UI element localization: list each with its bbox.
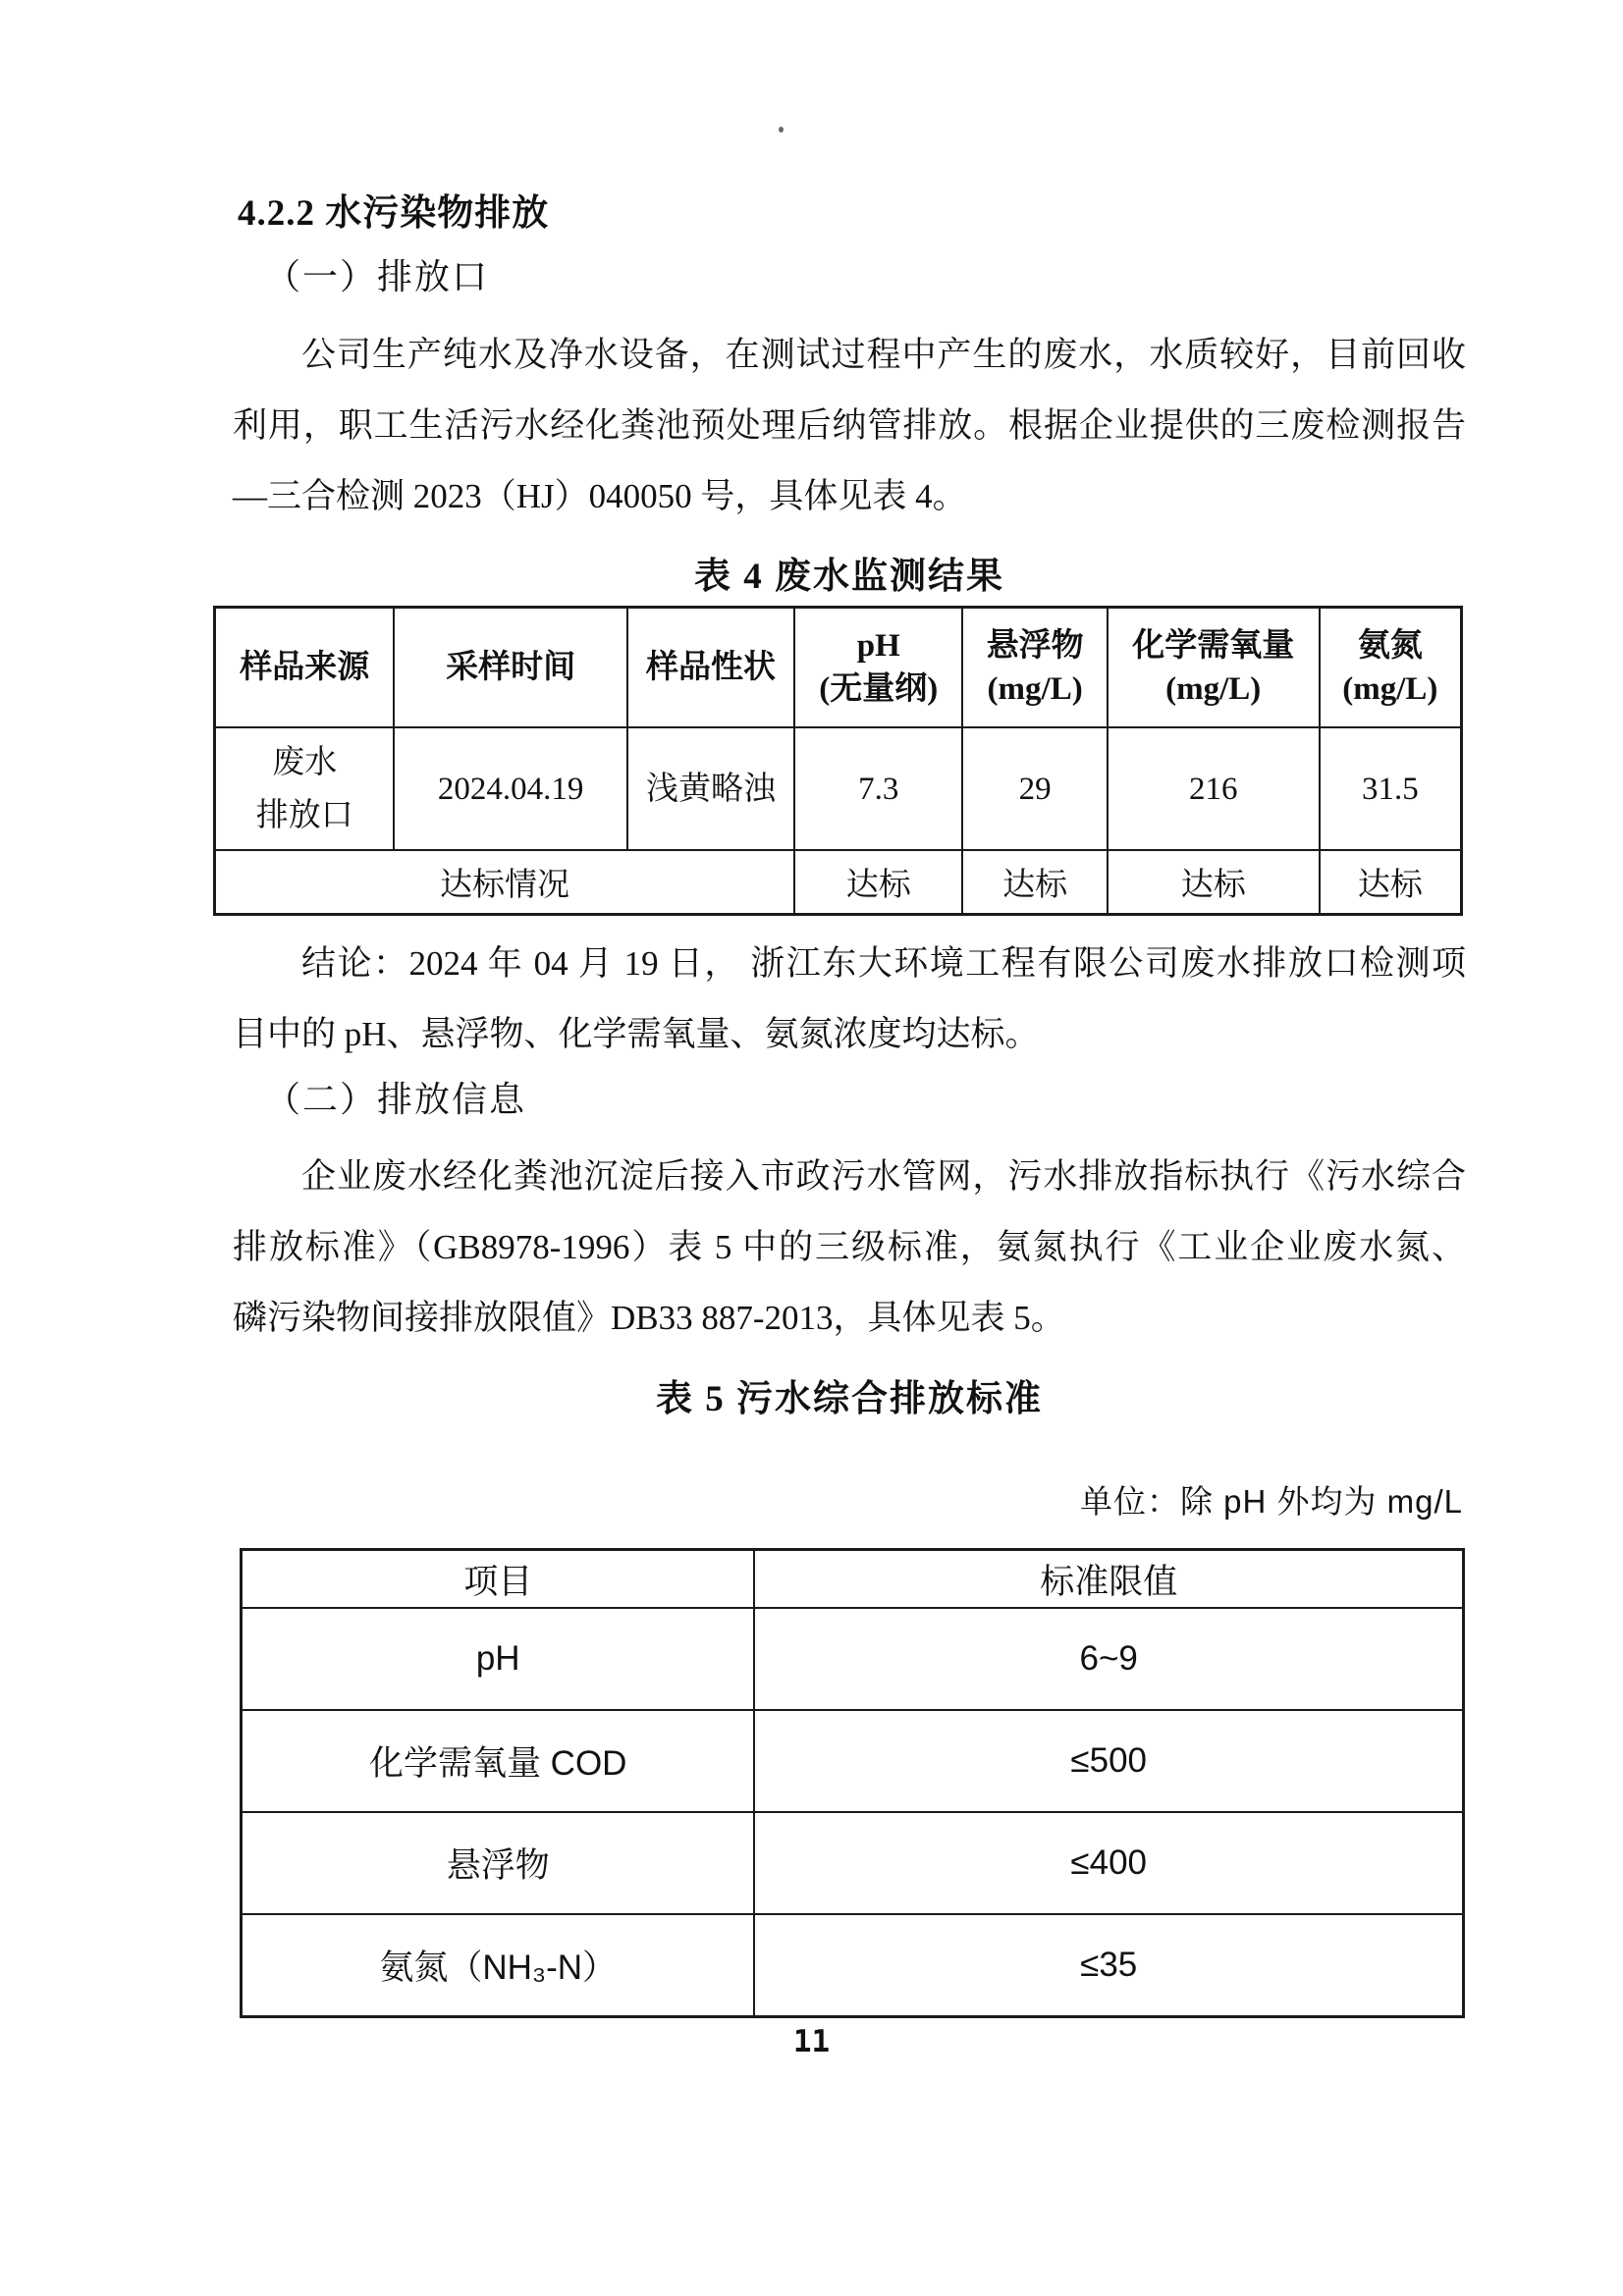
table4-header-sample-source: 样品来源 (215, 608, 395, 728)
table4-header-row: 样品来源 采样时间 样品性状 pH(无量纲) 悬浮物(mg/L) 化学需氧量(m… (215, 608, 1462, 728)
section-heading: 4.2.2 水污染物排放 (238, 183, 549, 236)
table4-header-sampling-time: 采样时间 (394, 608, 626, 728)
header-unit: (无量纲) (795, 667, 961, 711)
table4-cell-compliance-cod: 达标 (1108, 850, 1320, 915)
table4-cell-suspended-solids: 29 (962, 727, 1107, 850)
table4-cell-sampling-time: 2024.04.19 (394, 727, 626, 850)
paragraph-line: —三合检测 2023（HJ）040050 号，具体见表 4。 (233, 461, 1466, 532)
table4-cell-compliance-label: 达标情况 (215, 850, 795, 915)
table4-data-row: 废水排放口 2024.04.19 浅黄略浊 7.3 29 216 31.5 (215, 727, 1462, 850)
cell-line: 排放口 (216, 789, 393, 842)
table5-row-cod: 化学需氧量 COD ≤500 (242, 1710, 1464, 1812)
table4-header-appearance: 样品性状 (627, 608, 794, 728)
table5-discharge-standard: 项目 标准限值 pH 6~9 化学需氧量 COD ≤500 悬浮物 ≤400 氨… (240, 1548, 1465, 2018)
page-number: 11 (0, 2024, 1623, 2059)
header-label: pH (795, 624, 961, 667)
table4-cell-sample-source: 废水排放口 (215, 727, 395, 850)
table5-cell-limit: ≤400 (754, 1812, 1463, 1914)
table5-unit-note: 单位：除 pH 外均为 mg/L (233, 1476, 1463, 1522)
table4-cell-ph: 7.3 (794, 727, 962, 850)
table5-cell-item: 悬浮物 (242, 1812, 755, 1914)
table4-cell-ammonia: 31.5 (1320, 727, 1462, 850)
header-unit: (mg/L) (1109, 667, 1319, 711)
subsection-label-discharge-info: （二）排放信息 (265, 1072, 526, 1122)
table4-cell-appearance: 浅黄略浊 (627, 727, 794, 850)
table5-header-item: 项目 (242, 1550, 755, 1609)
table5-row-ammonia: 氨氮（NH₃-N） ≤35 (242, 1914, 1464, 2017)
paragraph-line: 目中的 pH、悬浮物、化学需氧量、氨氮浓度均达标。 (233, 999, 1466, 1070)
paragraph-line: 公司生产纯水及净水设备，在测试过程中产生的废水，水质较好，目前回收 (233, 320, 1466, 391)
paragraph-line: 排放标准》（GB8978-1996）表 5 中的三级标准，氨氮执行《工业企业废水… (233, 1212, 1466, 1283)
table5-row-suspended-solids: 悬浮物 ≤400 (242, 1812, 1464, 1914)
table5-cell-limit: ≤500 (754, 1710, 1463, 1812)
header-label: 采样时间 (395, 646, 625, 689)
table5-cell-item: 化学需氧量 COD (242, 1710, 755, 1812)
table5-header-row: 项目 标准限值 (242, 1550, 1464, 1609)
header-label: 化学需氧量 (1109, 624, 1319, 667)
table5-title: 表 5 污水综合排放标准 (233, 1368, 1466, 1421)
table4-cell-compliance-ammonia: 达标 (1320, 850, 1462, 915)
table4-cell-cod: 216 (1108, 727, 1320, 850)
subsection-label-outlet: （一）排放口 (265, 249, 489, 299)
table5-cell-item: 氨氮（NH₃-N） (242, 1914, 755, 2017)
header-label: 样品来源 (216, 646, 393, 689)
table4-cell-compliance-suspended-solids: 达标 (962, 850, 1107, 915)
table5-row-ph: pH 6~9 (242, 1608, 1464, 1710)
table4-cell-compliance-ph: 达标 (794, 850, 962, 915)
table4-wastewater-monitoring: 样品来源 采样时间 样品性状 pH(无量纲) 悬浮物(mg/L) 化学需氧量(m… (213, 606, 1463, 916)
table4-header-suspended-solids: 悬浮物(mg/L) (962, 608, 1107, 728)
header-unit: (mg/L) (1321, 667, 1460, 711)
table4-title: 表 4 废水监测结果 (233, 546, 1466, 599)
table5-cell-limit: ≤35 (754, 1914, 1463, 2017)
header-label: 氨氮 (1321, 624, 1460, 667)
paragraph-line: 利用，职工生活污水经化粪池预处理后纳管排放。根据企业提供的三废检测报告 (233, 391, 1466, 461)
header-unit: (mg/L) (963, 667, 1106, 711)
paragraph-conclusion: 结论：2024 年 04 月 19 日， 浙江东大环境工程有限公司废水排放口检测… (233, 929, 1466, 1070)
header-label: 悬浮物 (963, 624, 1106, 667)
scan-speck (779, 127, 784, 133)
table4-compliance-row: 达标情况 达标 达标 达标 达标 (215, 850, 1462, 915)
header-label: 样品性状 (628, 646, 793, 689)
table4-header-cod: 化学需氧量(mg/L) (1108, 608, 1320, 728)
document-page: 4.2.2 水污染物排放 （一）排放口 公司生产纯水及净水设备，在测试过程中产生… (0, 0, 1623, 2296)
cell-line: 废水 (216, 736, 393, 789)
table4-header-ph: pH(无量纲) (794, 608, 962, 728)
table5-cell-limit: 6~9 (754, 1608, 1463, 1710)
table5-cell-item: pH (242, 1608, 755, 1710)
paragraph-outlet-description: 公司生产纯水及净水设备，在测试过程中产生的废水，水质较好，目前回收 利用，职工生… (233, 320, 1466, 532)
paragraph-line: 结论：2024 年 04 月 19 日， 浙江东大环境工程有限公司废水排放口检测… (233, 929, 1466, 999)
paragraph-line: 企业废水经化粪池沉淀后接入市政污水管网，污水排放指标执行《污水综合 (233, 1142, 1466, 1212)
paragraph-line: 磷污染物间接排放限值》DB33 887-2013，具体见表 5。 (233, 1283, 1466, 1354)
table4-header-ammonia: 氨氮(mg/L) (1320, 608, 1462, 728)
paragraph-discharge-info: 企业废水经化粪池沉淀后接入市政污水管网，污水排放指标执行《污水综合 排放标准》（… (233, 1142, 1466, 1354)
table5-header-limit: 标准限值 (754, 1550, 1463, 1609)
